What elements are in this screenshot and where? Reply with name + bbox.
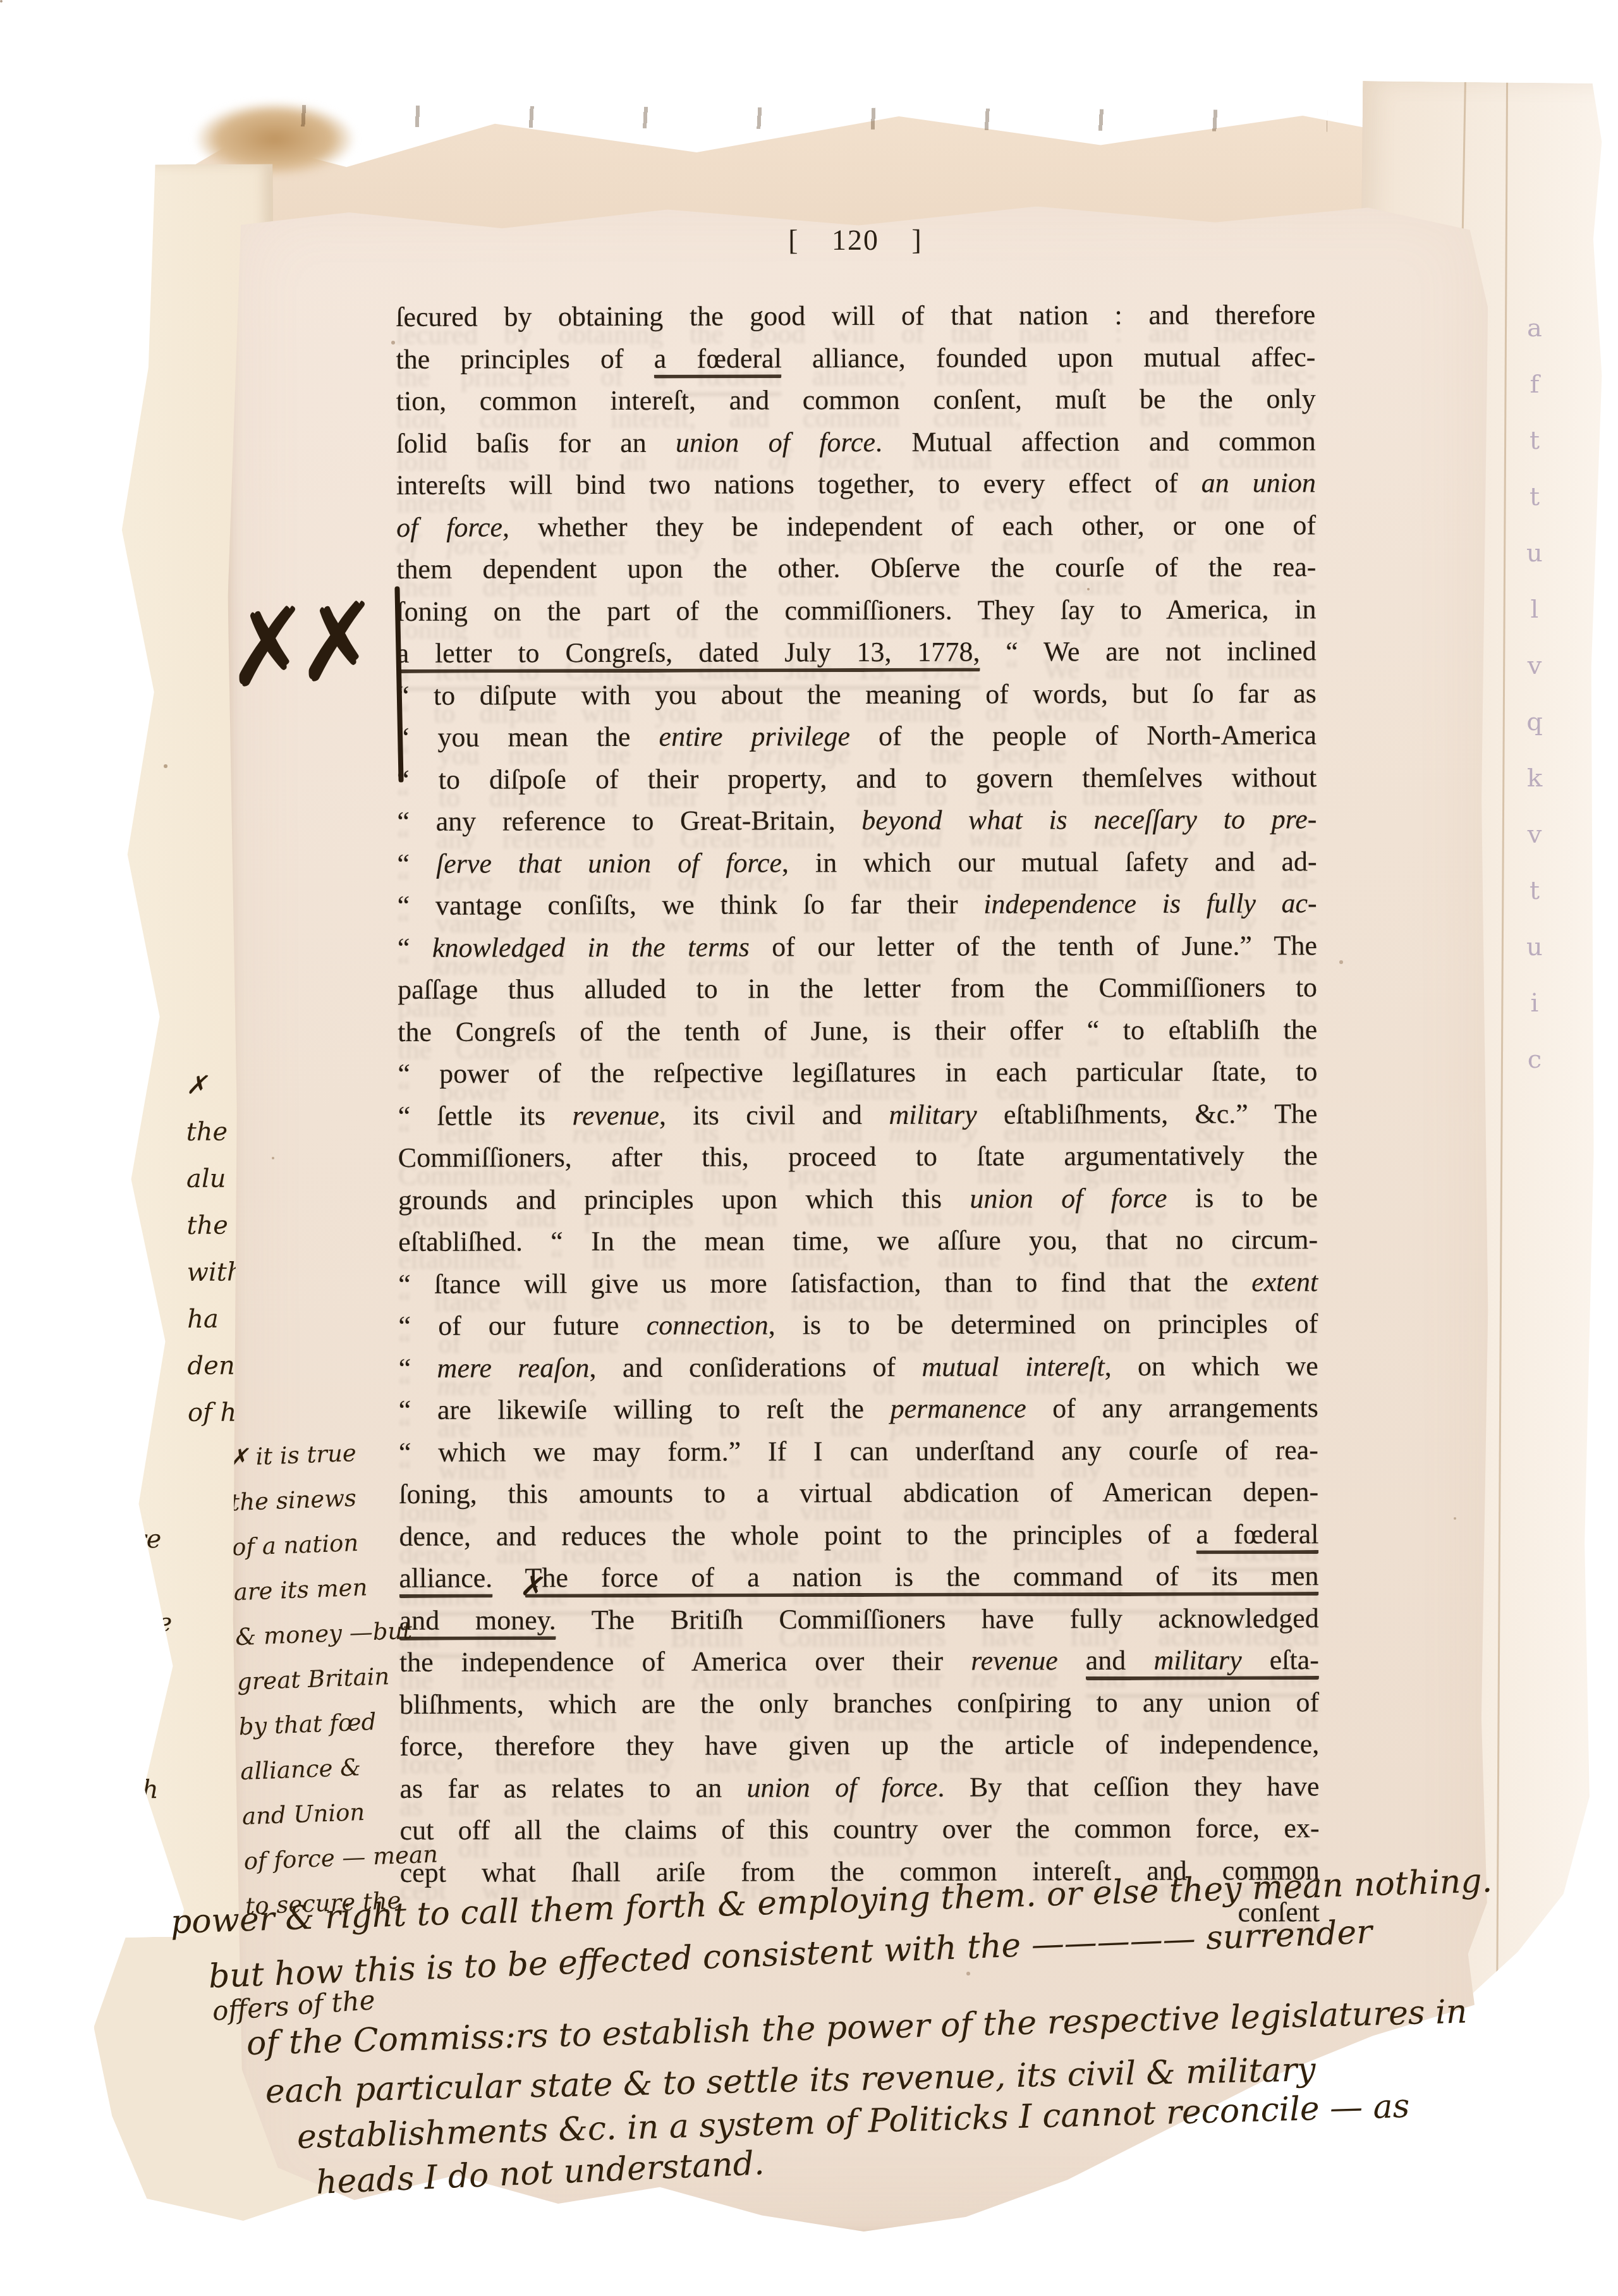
clipped-handwriting-column-lower: fowhhurewasconfegesn goachge hoffafhence… bbox=[101, 1435, 192, 1978]
print-line: “ are likewiſe willing to reſt the perma… bbox=[399, 1387, 1318, 1431]
print-line: dence, and reduces the whole point to th… bbox=[399, 1513, 1318, 1558]
print-line: ſecured by obtaining the good will of th… bbox=[396, 294, 1315, 338]
margin-note-line: of force — mean bbox=[243, 1833, 411, 1884]
clipped-letter: t bbox=[1516, 413, 1554, 469]
margin-notes-column: ✗ it is truethe sinewsof a nationare its… bbox=[228, 1429, 413, 1929]
print-line: ſoning, this amounts to a virtual abdica… bbox=[399, 1471, 1318, 1515]
print-line: Commiſſioners, after this, proceed to ſt… bbox=[398, 1135, 1318, 1179]
handwriting-fragment: ach bbox=[103, 1727, 192, 1769]
print-line: grounds and principles upon which this u… bbox=[398, 1177, 1318, 1221]
print-line: “ any reference to Great-Britain, beyond… bbox=[397, 798, 1317, 843]
clipped-handwriting-stroke-fragments bbox=[228, 104, 1327, 131]
clipped-letter: q bbox=[1516, 694, 1554, 750]
print-line: of force, whether they be independent of… bbox=[396, 504, 1316, 549]
margin-note-line: ✗ it is true bbox=[228, 1429, 396, 1481]
print-line: bliſhments, which are the only branches … bbox=[399, 1682, 1319, 1726]
clipped-letter: l bbox=[1516, 582, 1554, 638]
print-line: them dependent upon the other. Obſerve t… bbox=[396, 546, 1316, 590]
handwriting-fragment: ges bbox=[102, 1644, 191, 1686]
print-line: “ vantage conſiſts, we think ſo far thei… bbox=[398, 882, 1317, 927]
clipped-letter: i bbox=[1516, 975, 1554, 1032]
photograph-of-annotated-pamphlet-page: der afttulvqkvtuic ✗thealuthewithhadenof… bbox=[0, 0, 1618, 2296]
clipped-letter: a bbox=[1516, 300, 1554, 357]
margin-note-line: & money —but bbox=[234, 1608, 403, 1659]
margin-mark-xxi-icon: ✗✗ bbox=[221, 587, 408, 795]
clipped-letter: v bbox=[1516, 638, 1554, 694]
print-line: ſoning on the part of the commiſſioners.… bbox=[396, 589, 1316, 633]
page-number-header: [ 120 ] bbox=[396, 222, 1315, 258]
print-line: “ ſtance will give us more ſatisfaction,… bbox=[398, 1261, 1318, 1305]
print-line: “ to diſpute with you about the meaning … bbox=[397, 673, 1317, 717]
print-line: “ power of the reſpective legiſlatures i… bbox=[398, 1051, 1317, 1095]
print-line: paſſage thus alluded to in the letter fr… bbox=[398, 967, 1317, 1011]
print-line: “ of our future connection, is to be det… bbox=[398, 1303, 1318, 1347]
print-line: “ you mean the entire privilege of the p… bbox=[397, 714, 1317, 759]
printed-text-block: ſecured by obtaining the good will of th… bbox=[396, 294, 1320, 1936]
clipped-letter: t bbox=[1516, 469, 1554, 525]
print-line: force, therefore they have given up the … bbox=[399, 1723, 1319, 1768]
clipped-letter: v bbox=[1516, 807, 1554, 863]
handwriting-fragment: of bbox=[103, 1811, 192, 1853]
print-line: intereſts will bind two nations together… bbox=[396, 462, 1316, 506]
print-line: a letter to Congreſs, dated July 13, 177… bbox=[397, 630, 1317, 675]
handwriting-fragment: wh bbox=[101, 1477, 190, 1519]
clipped-letters-column: afttulvqkvtuic bbox=[1516, 300, 1554, 1088]
handwriting-fragment: n go bbox=[102, 1685, 191, 1728]
handwriting-fragment: faf bbox=[104, 1852, 192, 1895]
clipped-letter: c bbox=[1516, 1032, 1554, 1088]
print-line: “ mere reaſon, and conſiderations of mut… bbox=[399, 1345, 1318, 1389]
margin-note-line: are its men bbox=[233, 1563, 401, 1615]
paper-crease bbox=[1496, 82, 1508, 2029]
bottom-handwritten-annotation: power & right to call them forth & emplo… bbox=[171, 1900, 1542, 2206]
margin-x-marks: ✗✗ bbox=[221, 589, 368, 704]
margin-note-line: by that fœd bbox=[238, 1698, 406, 1749]
margin-note-line: and Union bbox=[241, 1788, 410, 1839]
margin-note-line: great Britain bbox=[236, 1653, 405, 1704]
margin-note-line: the sinews bbox=[229, 1474, 398, 1525]
handwriting-fragment: fo bbox=[101, 1435, 190, 1477]
clipped-letter: k bbox=[1516, 750, 1554, 807]
handwriting-fragment: hure bbox=[102, 1518, 190, 1561]
print-line: tion, common intereſt, and common conſen… bbox=[396, 378, 1316, 422]
clipped-letter: t bbox=[1516, 863, 1554, 919]
clipped-letter: f bbox=[1516, 357, 1554, 413]
print-line: “ to diſpoſe of their property, and to g… bbox=[397, 757, 1317, 801]
print-line: “ which we may form.” If I can underſtan… bbox=[399, 1429, 1318, 1474]
margin-note-line: of a nation bbox=[231, 1518, 400, 1570]
clipped-letter: u bbox=[1516, 919, 1554, 975]
print-line: the Congreſs of the tenth of June, is th… bbox=[398, 1009, 1317, 1053]
handwriting-fragment: ge h bbox=[103, 1769, 192, 1811]
paper-speckles bbox=[0, 0, 3, 3]
print-line: “ ſerve that union of force, in which ou… bbox=[397, 841, 1317, 885]
margin-note-line: alliance & bbox=[240, 1743, 408, 1794]
handwriting-fragment: confe bbox=[102, 1602, 191, 1644]
print-line: the principles of a fœderal alliance, fo… bbox=[396, 336, 1315, 381]
print-line: as far as relates to an union of force. … bbox=[399, 1766, 1319, 1810]
print-line: cut off all the claims of this country o… bbox=[399, 1807, 1319, 1852]
print-line: “ knowledged in the terms of our letter … bbox=[398, 925, 1317, 969]
clipped-letter: u bbox=[1516, 525, 1554, 582]
handwriting-fragment: was bbox=[102, 1560, 190, 1603]
print-line: “ ſettle its revenue, its civil and mili… bbox=[398, 1093, 1318, 1137]
print-line: the independence of America over their r… bbox=[399, 1639, 1319, 1683]
print-line: eſtabliſhed. “ In the mean time, we aſſu… bbox=[398, 1219, 1318, 1263]
print-line: ſolid baſis for an union of force. Mutua… bbox=[396, 420, 1316, 465]
